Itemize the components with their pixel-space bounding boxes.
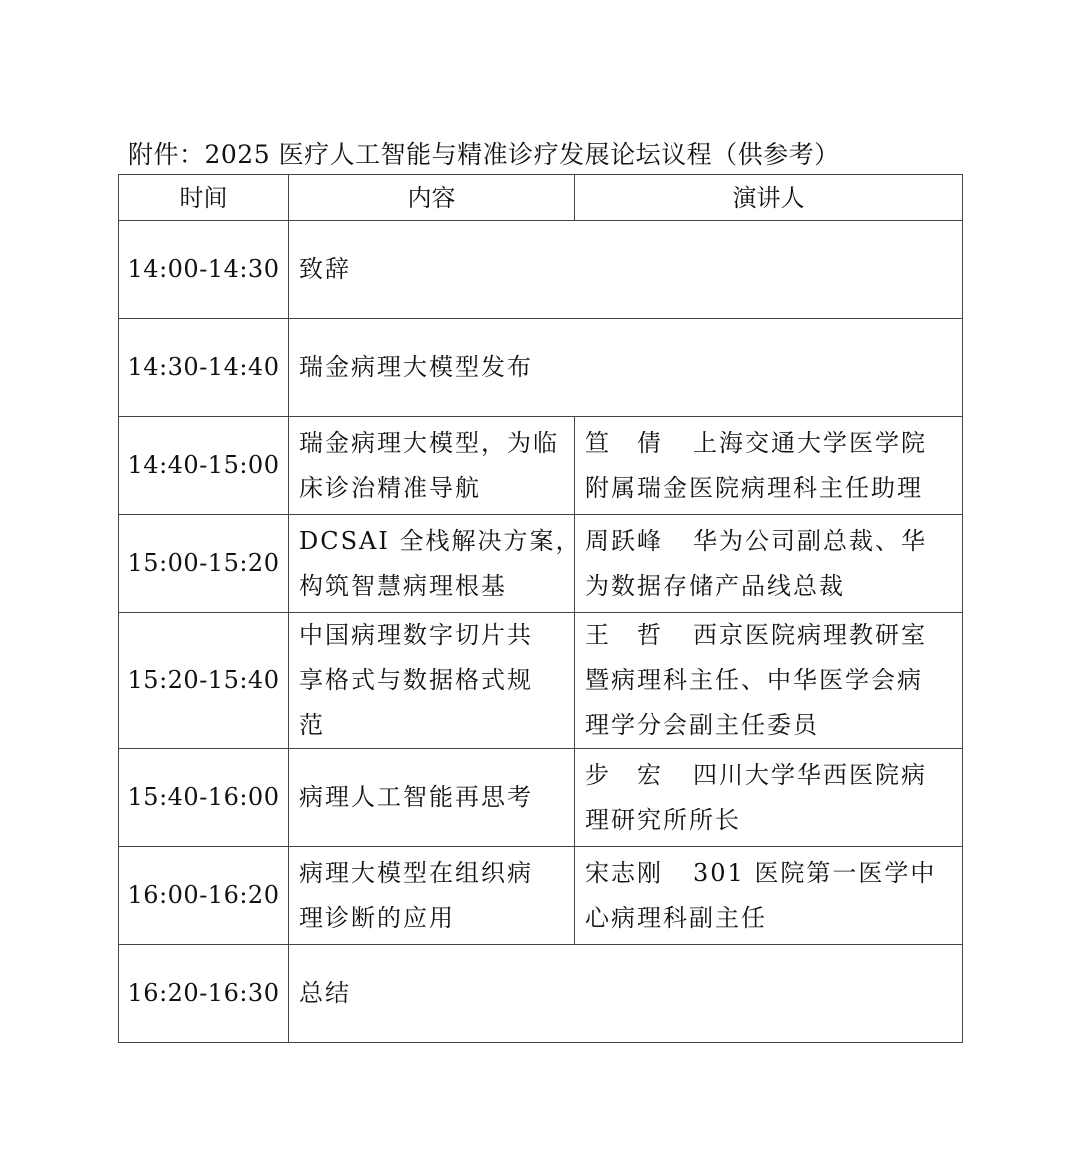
speaker-cell: 宋志刚301 医院第一医学中 心病理科副主任 — [575, 847, 963, 945]
content-cell: 病理大模型在组织病 理诊断的应用 — [289, 847, 575, 945]
speaker-title: 上海交通大学医学院 — [693, 429, 927, 457]
time-cell: 14:40-15:00 — [119, 417, 289, 515]
content-cell: 总结 — [289, 945, 963, 1043]
table-row: 15:40-16:00 病理人工智能再思考 步 宏四川大学华西医院病 理研究所所… — [119, 749, 963, 847]
speaker-title: 华为公司副总裁、华 — [693, 527, 927, 555]
speaker-name: 周跃峰 — [585, 527, 663, 555]
table-row: 14:00-14:30 致辞 — [119, 221, 963, 319]
content-line: 致辞 — [299, 247, 952, 292]
speaker-name: 王 哲 — [585, 621, 663, 649]
content-cell: 致辞 — [289, 221, 963, 319]
speaker-title: 理研究所所长 — [585, 798, 952, 843]
content-cell: 瑞金病理大模型发布 — [289, 319, 963, 417]
content-line: 理诊断的应用 — [299, 896, 564, 941]
document-title: 附件：2025 医疗人工智能与精准诊疗发展论坛议程（供参考） — [128, 138, 840, 172]
content-line: 享格式与数据格式规 — [299, 658, 564, 703]
table-row: 14:40-15:00 瑞金病理大模型，为临 床诊治精准导航 笪 倩上海交通大学… — [119, 417, 963, 515]
time-cell: 16:20-16:30 — [119, 945, 289, 1043]
content-line: 病理大模型在组织病 — [299, 851, 564, 896]
speaker-title: 301 医院第一医学中 — [693, 859, 936, 887]
time-cell: 15:20-15:40 — [119, 613, 289, 749]
agenda-table: 时间 内容 演讲人 14:00-14:30 致辞 14:30-14:40 瑞金病… — [118, 174, 963, 1043]
column-header-content: 内容 — [289, 175, 575, 221]
time-cell: 16:00-16:20 — [119, 847, 289, 945]
content-line: 瑞金病理大模型发布 — [299, 345, 952, 390]
column-header-time: 时间 — [119, 175, 289, 221]
time-cell: 15:40-16:00 — [119, 749, 289, 847]
content-cell: DCSAI 全栈解决方案， 构筑智慧病理根基 — [289, 515, 575, 613]
speaker-name: 步 宏 — [585, 761, 663, 789]
speaker-title: 为数据存储产品线总裁 — [585, 564, 952, 609]
content-cell: 瑞金病理大模型，为临 床诊治精准导航 — [289, 417, 575, 515]
time-cell: 15:00-15:20 — [119, 515, 289, 613]
speaker-title: 四川大学华西医院病 — [693, 761, 927, 789]
time-cell: 14:30-14:40 — [119, 319, 289, 417]
content-cell: 中国病理数字切片共 享格式与数据格式规 范 — [289, 613, 575, 749]
speaker-title: 理学分会副主任委员 — [585, 703, 952, 748]
speaker-name: 宋志刚 — [585, 859, 663, 887]
speaker-title: 暨病理科主任、中华医学会病 — [585, 658, 952, 703]
table-row: 15:20-15:40 中国病理数字切片共 享格式与数据格式规 范 王 哲西京医… — [119, 613, 963, 749]
speaker-cell: 周跃峰华为公司副总裁、华 为数据存储产品线总裁 — [575, 515, 963, 613]
content-line: 范 — [299, 703, 564, 748]
time-cell: 14:00-14:30 — [119, 221, 289, 319]
table-row: 16:00-16:20 病理大模型在组织病 理诊断的应用 宋志刚301 医院第一… — [119, 847, 963, 945]
content-line: 中国病理数字切片共 — [299, 613, 564, 658]
speaker-cell: 笪 倩上海交通大学医学院 附属瑞金医院病理科主任助理 — [575, 417, 963, 515]
speaker-title: 附属瑞金医院病理科主任助理 — [585, 466, 952, 511]
table-header-row: 时间 内容 演讲人 — [119, 175, 963, 221]
content-line: 病理人工智能再思考 — [299, 775, 564, 820]
content-line: 瑞金病理大模型，为临 — [299, 421, 564, 466]
table-row: 16:20-16:30 总结 — [119, 945, 963, 1043]
speaker-name: 笪 倩 — [585, 429, 663, 457]
speaker-title: 西京医院病理教研室 — [693, 621, 927, 649]
content-line: 床诊治精准导航 — [299, 466, 564, 511]
table-row: 15:00-15:20 DCSAI 全栈解决方案， 构筑智慧病理根基 周跃峰华为… — [119, 515, 963, 613]
table-row: 14:30-14:40 瑞金病理大模型发布 — [119, 319, 963, 417]
content-line: DCSAI 全栈解决方案， — [299, 519, 564, 564]
speaker-cell: 王 哲西京医院病理教研室 暨病理科主任、中华医学会病 理学分会副主任委员 — [575, 613, 963, 749]
column-header-speaker: 演讲人 — [575, 175, 963, 221]
speaker-cell: 步 宏四川大学华西医院病 理研究所所长 — [575, 749, 963, 847]
content-line: 构筑智慧病理根基 — [299, 564, 564, 609]
speaker-title: 心病理科副主任 — [585, 896, 952, 941]
content-cell: 病理人工智能再思考 — [289, 749, 575, 847]
content-line: 总结 — [299, 971, 952, 1016]
